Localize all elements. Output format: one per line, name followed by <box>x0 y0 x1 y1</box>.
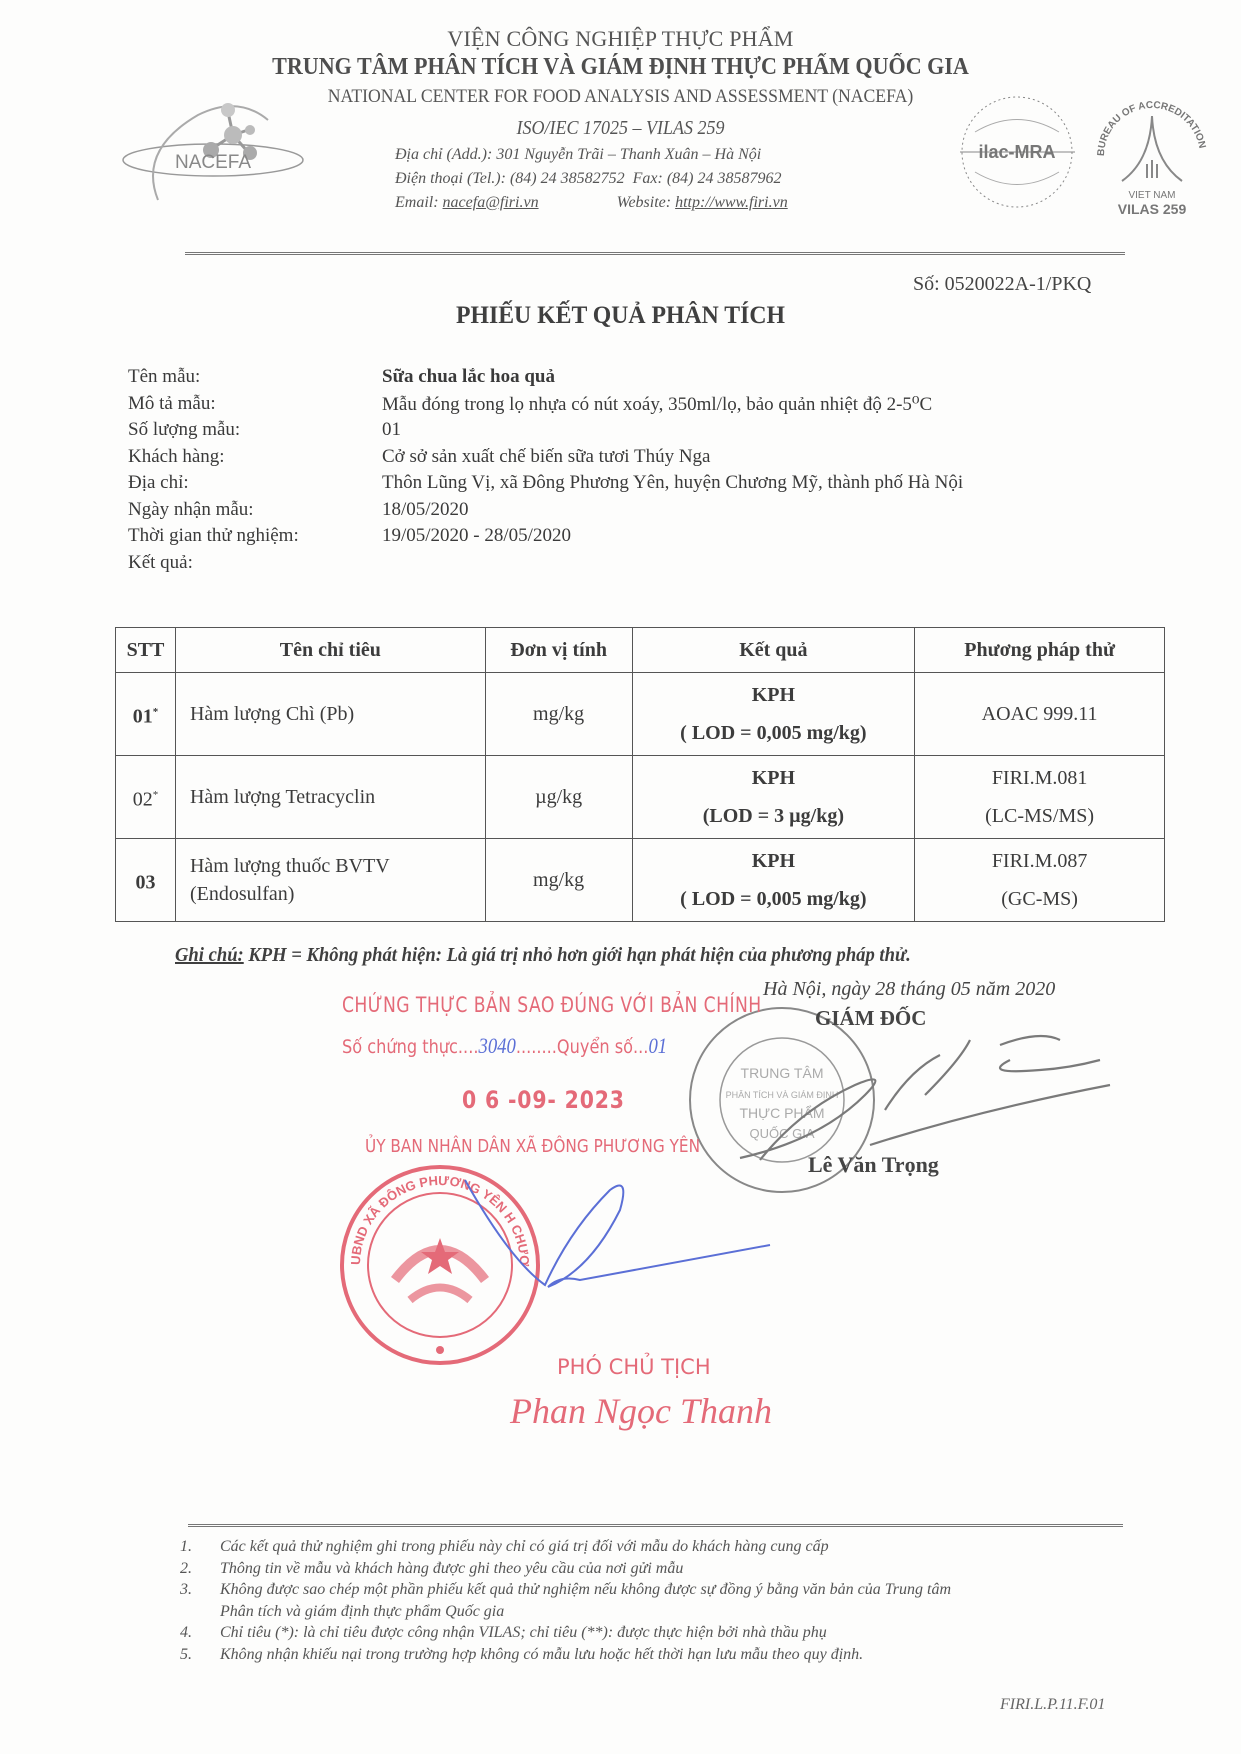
cell-method: AOAC 999.11 <box>915 673 1165 756</box>
info-value: 19/05/2020 - 28/05/2020 <box>382 525 571 552</box>
cell-method: FIRI.M.081(LC-MS/MS) <box>915 756 1165 839</box>
info-row: Thời gian thử nghiệm:19/05/2020 - 28/05/… <box>128 525 963 552</box>
footer-divider <box>188 1524 1123 1527</box>
footnote-item: Phân tích và giám định thực phẩm Quốc gi… <box>180 1603 1130 1625</box>
cell-stt: 01* <box>116 673 176 756</box>
cell-name: Hàm lượng Chì (Pb) <box>175 673 485 756</box>
website-link[interactable]: http://www.firi.vn <box>675 194 788 211</box>
footnote-item: 2.Thông tin về mẫu và khách hàng được gh… <box>180 1560 1130 1582</box>
header-divider <box>185 252 1125 255</box>
vice-chair-signature-icon <box>440 1170 780 1340</box>
footnotes: 1.Các kết quả thử nghiệm ghi trong phiếu… <box>180 1538 1130 1667</box>
info-label: Số lượng mẫu: <box>128 419 382 446</box>
certification-number: 3040 <box>478 1033 515 1058</box>
info-label: Ngày nhận mẫu: <box>128 499 382 526</box>
director-title: GIÁM ĐỐC <box>815 1006 926 1031</box>
info-row: Số lượng mẫu:01 <box>128 419 963 446</box>
footnote-item: 3.Không được sao chép một phần phiếu kết… <box>180 1581 1130 1603</box>
address-line: Địa chỉ (Add.): 301 Nguyễn Trãi – Thanh … <box>395 146 761 164</box>
email-link[interactable]: nacefa@firi.vn <box>443 194 539 211</box>
table-row: 01*Hàm lượng Chì (Pb)mg/kgKPH( LOD = 0,0… <box>116 673 1165 756</box>
info-label: Thời gian thử nghiệm: <box>128 525 382 552</box>
info-row: Mô tả mẫu:Mẫu đóng trong lọ nhựa có nút … <box>128 393 963 420</box>
col-header-unit: Đơn vị tính <box>485 628 632 673</box>
cell-unit: mg/kg <box>485 673 632 756</box>
info-label: Tên mẫu: <box>128 366 382 393</box>
svg-text:NACEFA: NACEFA <box>175 152 251 173</box>
info-row: Ngày nhận mẫu:18/05/2020 <box>128 499 963 526</box>
info-value: Thôn Lũng Vị, xã Đông Phương Yên, huyện … <box>382 472 963 499</box>
info-row: Địa chỉ:Thôn Lũng Vị, xã Đông Phương Yên… <box>128 472 963 499</box>
center-name-vi: TRUNG TÂM PHÂN TÍCH VÀ GIÁM ĐỊNH THỰC PH… <box>50 54 1192 81</box>
svg-text:ilac-MRA: ilac-MRA <box>978 142 1055 162</box>
certification-date: 0 6 -09- 2023 <box>462 1086 625 1114</box>
col-header-name: Tên chỉ tiêu <box>175 628 485 673</box>
sample-info: Tên mẫu:Sữa chua lắc hoa quảMô tả mẫu:Mẫ… <box>128 366 963 578</box>
info-value: Mẫu đóng trong lọ nhựa có nút xoáy, 350m… <box>382 393 932 420</box>
info-label: Kết quả: <box>128 552 382 579</box>
phone-line: Điện thoại (Tel.): (84) 24 38582752 Fax:… <box>395 170 781 188</box>
director-name: Lê Văn Trọng <box>808 1152 939 1178</box>
institute-name: VIỆN CÔNG NGHIỆP THỰC PHẨM <box>0 26 1241 52</box>
table-row: 03Hàm lượng thuốc BVTV(Endosulfan)mg/kgK… <box>116 839 1165 922</box>
vice-chair-title: PHÓ CHỦ TỊCH <box>557 1355 711 1379</box>
info-label: Địa chỉ: <box>128 472 382 499</box>
email-line: Email: nacefa@firi.vn Website: http://ww… <box>395 194 788 212</box>
cell-result: KPH(LOD = 3 µg/kg) <box>632 756 915 839</box>
col-header-stt: STT <box>116 628 176 673</box>
form-code: FIRI.L.P.11.F.01 <box>1000 1696 1105 1714</box>
certification-authority: ỦY BAN NHÂN DÂN XÃ ĐÔNG PHƯƠNG YÊN <box>365 1136 700 1157</box>
cell-name: Hàm lượng thuốc BVTV(Endosulfan) <box>175 839 485 922</box>
footnote-item: 4.Chỉ tiêu (*): là chỉ tiêu được công nh… <box>180 1624 1130 1646</box>
info-value: 18/05/2020 <box>382 499 469 526</box>
note: Ghi chú: KPH = Không phát hiện: Là giá t… <box>175 944 911 967</box>
cell-unit: mg/kg <box>485 839 632 922</box>
certification-number-line: Số chứng thực....3040........Quyển số...… <box>342 1033 667 1059</box>
info-value: Sữa chua lắc hoa quả <box>382 366 555 393</box>
col-header-method: Phương pháp thử <box>915 628 1165 673</box>
info-value: Cở sở sản xuất chế biến sữa tươi Thúy Ng… <box>382 446 710 473</box>
ilac-mra-logo-icon: ilac-MRA <box>955 92 1080 212</box>
cell-stt: 03 <box>116 839 176 922</box>
cell-name: Hàm lượng Tetracyclin <box>175 756 485 839</box>
info-row: Kết quả: <box>128 552 963 579</box>
document-title: PHIẾU KẾT QUẢ PHÂN TÍCH <box>31 302 1210 330</box>
cell-stt: 02* <box>116 756 176 839</box>
document-number: Số: 0520022A-1/PKQ <box>913 273 1091 296</box>
table-row: 02*Hàm lượng Tetracyclinµg/kgKPH(LOD = 3… <box>116 756 1165 839</box>
svg-text:VIET NAM: VIET NAM <box>1128 190 1175 201</box>
nacefa-logo-icon: NACEFA <box>118 90 308 220</box>
vice-chair-name: Phan Ngọc Thanh <box>510 1390 772 1432</box>
results-table: STT Tên chỉ tiêu Đơn vị tính Kết quả Phư… <box>115 627 1165 922</box>
svg-text:VILAS 259: VILAS 259 <box>1118 201 1187 216</box>
cell-method: FIRI.M.087(GC-MS) <box>915 839 1165 922</box>
cell-result: KPH( LOD = 0,005 mg/kg) <box>632 839 915 922</box>
col-header-result: Kết quả <box>632 628 915 673</box>
certification-book: 01 <box>648 1033 667 1058</box>
boa-vilas-logo-icon: BUREAU OF ACCREDITATION VIET NAM VILAS 2… <box>1092 86 1212 216</box>
footnote-item: 5.Không nhận khiếu nại trong trường hợp … <box>180 1646 1130 1668</box>
info-label: Mô tả mẫu: <box>128 393 382 420</box>
info-row: Khách hàng:Cở sở sản xuất chế biến sữa t… <box>128 446 963 473</box>
cell-unit: µg/kg <box>485 756 632 839</box>
place-date: Hà Nội, ngày 28 tháng 05 năm 2020 <box>763 978 1055 1001</box>
info-row: Tên mẫu:Sữa chua lắc hoa quả <box>128 366 963 393</box>
cell-result: KPH( LOD = 0,005 mg/kg) <box>632 673 915 756</box>
certification-title: CHỨNG THỰC BẢN SAO ĐÚNG VỚI BẢN CHÍNH <box>342 993 762 1017</box>
footnote-item: 1.Các kết quả thử nghiệm ghi trong phiếu… <box>180 1538 1130 1560</box>
table-header-row: STT Tên chỉ tiêu Đơn vị tính Kết quả Phư… <box>116 628 1165 673</box>
info-label: Khách hàng: <box>128 446 382 473</box>
info-value: 01 <box>382 419 401 446</box>
